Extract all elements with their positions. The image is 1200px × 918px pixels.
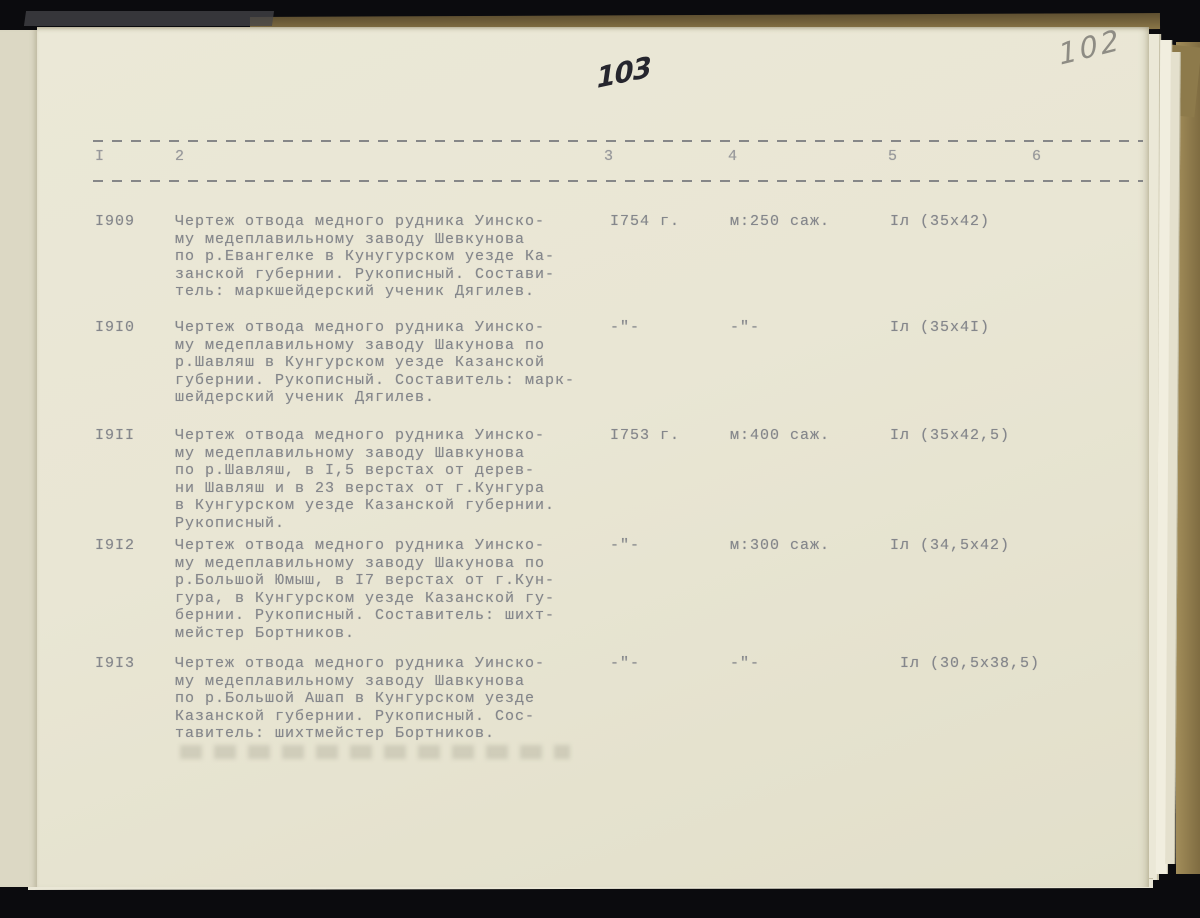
entry-number: I9II [95,427,135,445]
column-header-2: 2 [175,148,185,166]
entry-description: Чертеж отвода медного рудника Уинско- му… [175,537,615,643]
entry-format: Iл (30,5х38,5) [900,655,1040,673]
entry-description: Чертеж отвода медного рудника Уинско- му… [175,319,615,407]
column-header-4: 4 [728,148,738,166]
entry-number: I9I0 [95,319,135,337]
entry-date: -"- [610,655,640,673]
entry-number: I9I3 [95,655,135,673]
entry-scale: м:300 саж. [730,537,830,555]
entry-format: Iл (34,5х42) [890,537,1010,555]
previous-page-sliver [0,30,40,887]
entry-date: I754 г. [610,213,680,231]
entry-format: Iл (35х42) [890,213,990,231]
entry-description: Чертеж отвода медного рудника Уинско- му… [175,427,615,533]
entry-scale: -"- [730,655,760,673]
archive-scan: 103 102 I 2 3 4 5 6 I909 Чертеж отвода м… [0,0,1200,918]
entry-description: Чертеж отвода медного рудника Уинско- му… [175,655,615,743]
table-rule-top [93,140,1143,142]
entry-number: I9I2 [95,537,135,555]
bleed-through-ghost-text [180,745,570,759]
entry-number: I909 [95,213,135,231]
entry-scale: -"- [730,319,760,337]
entry-scale: м:250 саж. [730,213,830,231]
entry-date: I753 г. [610,427,680,445]
scanner-glare [24,11,274,26]
column-header-5: 5 [888,148,898,166]
column-header-6: 6 [1032,148,1042,166]
entry-format: Iл (35х4I) [890,319,990,337]
entry-date: -"- [610,537,640,555]
entry-format: Iл (35х42,5) [890,427,1010,445]
entry-date: -"- [610,319,640,337]
table-rule-bottom [93,180,1143,182]
entry-description: Чертеж отвода медного рудника Уинско- му… [175,213,615,301]
column-header-1: I [95,148,105,166]
column-header-3: 3 [604,148,614,166]
entry-scale: м:400 саж. [730,427,830,445]
